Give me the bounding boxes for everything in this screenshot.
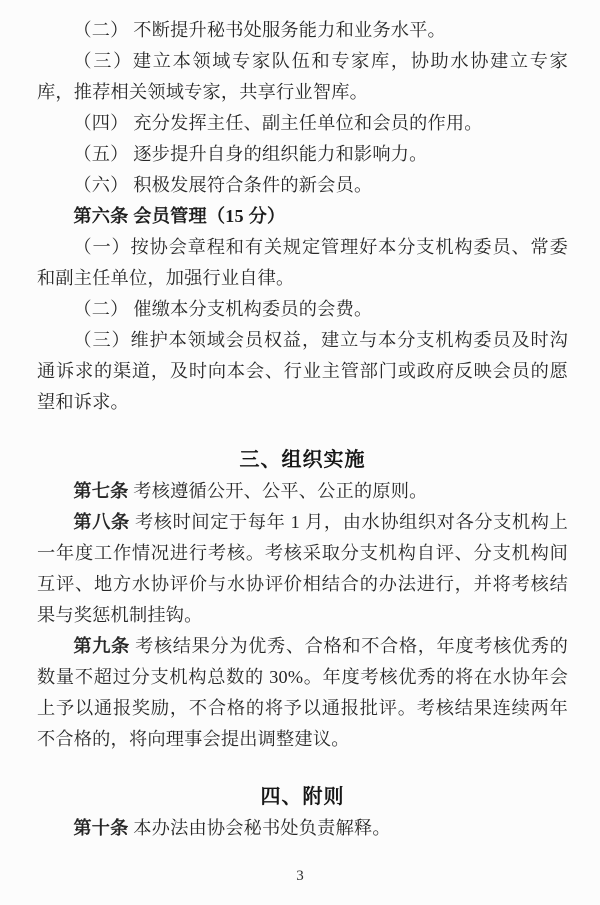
article-number-label: 第十条 bbox=[73, 818, 128, 838]
section-4-heading: 四、附则 bbox=[37, 782, 568, 813]
paragraph-text: （三）维护本领域会员权益，建立与本分支机构委员及时沟通诉求的渠道，及时向本会、行… bbox=[37, 330, 568, 412]
item-4-paragraph: （四） 充分发挥主任、副主任单位和会员的作用。 bbox=[37, 108, 568, 139]
page-number: 3 bbox=[0, 866, 600, 886]
article-title: 第六条 会员管理（15 分） bbox=[73, 206, 285, 226]
article-6-item-1: （一）按协会章程和有关规定管理好本分支机构委员、常委和副主任单位，加强行业自律。 bbox=[37, 232, 568, 294]
article-7-paragraph: 第七条 考核遵循公开、公平、公正的原则。 bbox=[37, 476, 568, 507]
item-6-paragraph: （六） 积极发展符合条件的新会员。 bbox=[37, 170, 568, 201]
item-5-paragraph: （五） 逐步提升自身的组织能力和影响力。 bbox=[37, 139, 568, 170]
article-number-label: 第七条 bbox=[73, 481, 128, 501]
paragraph-text: （一）按协会章程和有关规定管理好本分支机构委员、常委和副主任单位，加强行业自律。 bbox=[37, 237, 568, 288]
item-2-paragraph: （二） 不断提升秘书处服务能力和业务水平。 bbox=[37, 15, 568, 46]
section-3-heading: 三、组织实施 bbox=[37, 445, 568, 476]
paragraph-text: （四） 充分发挥主任、副主任单位和会员的作用。 bbox=[73, 113, 482, 133]
article-number-label: 第八条 bbox=[73, 512, 129, 532]
article-8-paragraph: 第八条 考核时间定于每年 1 月，由水协组织对各分支机构上一年度工作情况进行考核… bbox=[37, 507, 568, 631]
item-3-paragraph: （三）建立本领域专家队伍和专家库，协助水协建立专家库，推荐相关领域专家，共享行业… bbox=[37, 46, 568, 108]
paragraph-text: （二） 不断提升秘书处服务能力和业务水平。 bbox=[73, 20, 446, 40]
paragraph-text: （五） 逐步提升自身的组织能力和影响力。 bbox=[73, 144, 427, 164]
paragraph-text: （二） 催缴本分支机构委员的会费。 bbox=[73, 299, 372, 319]
paragraph-text: 本办法由协会秘书处负责解释。 bbox=[129, 818, 391, 838]
article-6-heading: 第六条 会员管理（15 分） bbox=[37, 201, 568, 232]
article-9-paragraph: 第九条 考核结果分为优秀、合格和不合格，年度考核优秀的数量不超过分支机构总数的 … bbox=[37, 631, 568, 755]
paragraph-text: （三）建立本领域专家队伍和专家库，协助水协建立专家库，推荐相关领域专家，共享行业… bbox=[37, 51, 568, 102]
document-page: （二） 不断提升秘书处服务能力和业务水平。 （三）建立本领域专家队伍和专家库，协… bbox=[0, 0, 600, 905]
article-10-paragraph: 第十条 本办法由协会秘书处负责解释。 bbox=[37, 813, 568, 844]
paragraph-text: 考核遵循公开、公平、公正的原则。 bbox=[129, 481, 428, 501]
article-number-label: 第九条 bbox=[73, 636, 130, 656]
article-6-item-2: （二） 催缴本分支机构委员的会费。 bbox=[37, 294, 568, 325]
article-6-item-3: （三）维护本领域会员权益，建立与本分支机构委员及时沟通诉求的渠道，及时向本会、行… bbox=[37, 325, 568, 418]
paragraph-text: （六） 积极发展符合条件的新会员。 bbox=[73, 175, 372, 195]
